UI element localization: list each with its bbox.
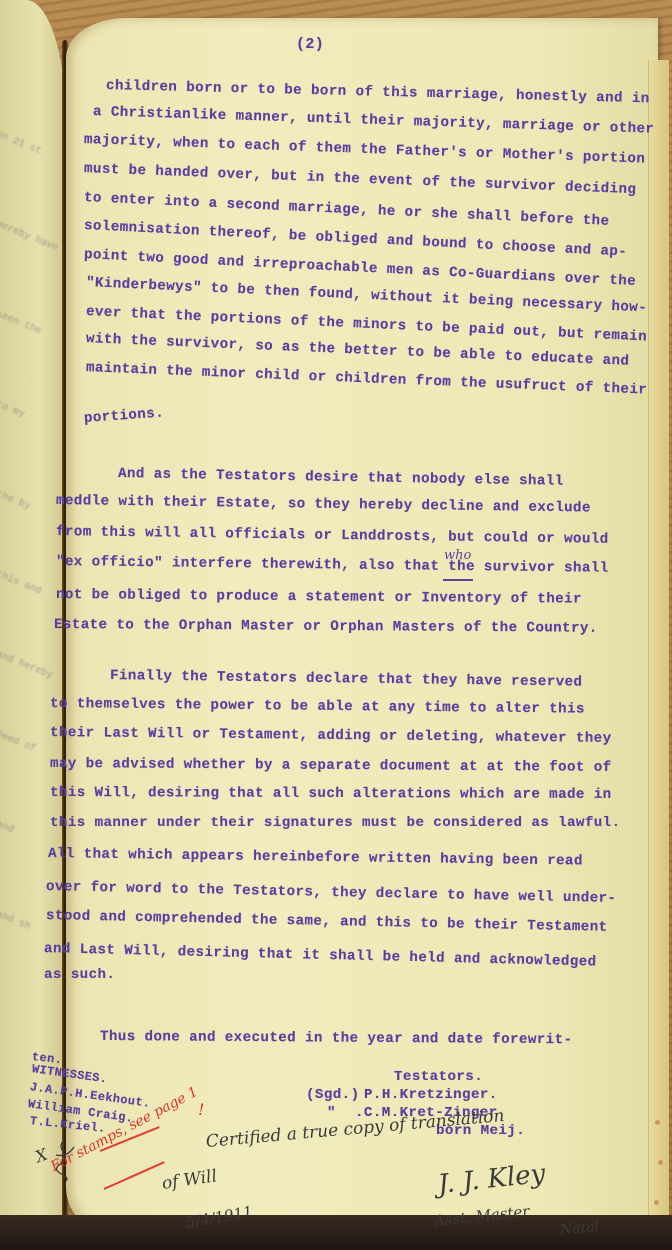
inserted-word: who: [444, 548, 471, 563]
text-line: this Will, desiring that all such altera…: [50, 785, 612, 803]
text-line: Thus done and executed in the year and d…: [100, 1029, 573, 1048]
ghost-text: this and: [0, 560, 58, 612]
testators-heading: Testators.: [394, 1069, 483, 1085]
ghost-text: the by: [0, 480, 58, 532]
ghost-text: Deed of: [0, 720, 58, 772]
ditto-mark: ": [327, 1105, 336, 1121]
text-line: as such.: [44, 967, 115, 983]
ghost-text: to my: [0, 390, 58, 442]
text-line: this manner under their signatures must …: [50, 815, 621, 831]
ghost-text: on 21 st: [0, 120, 58, 172]
red-mark: !: [198, 1100, 204, 1119]
witness-signature-scribble: [44, 1135, 84, 1185]
signatory-location: Natal: [559, 1219, 599, 1238]
signed-prefix: (Sgd.): [306, 1087, 359, 1103]
ghost-text: seen the: [0, 300, 58, 352]
page-number: (2): [296, 36, 324, 53]
page-edge: [648, 60, 669, 1230]
testator-name: P.H.Kretzinger.: [364, 1087, 498, 1103]
ghost-text: Hereby have: [0, 210, 58, 262]
strikethrough: [443, 579, 473, 581]
ghost-text: and hereby: [0, 640, 58, 692]
